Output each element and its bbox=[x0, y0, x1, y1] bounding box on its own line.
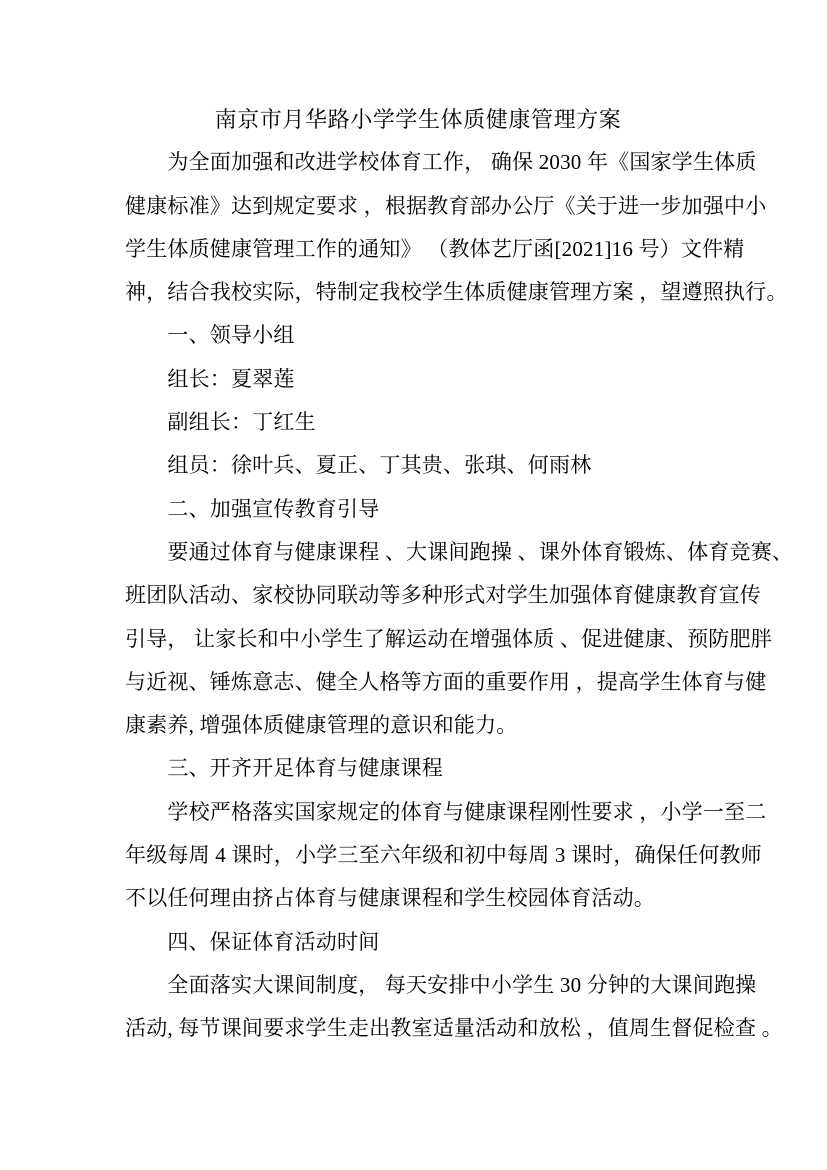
text-line: 活动, 每节课间要求学生走出教室适量活动和放松 ，值周生督促检查 。 bbox=[125, 1007, 711, 1050]
document-page: 南京市月华路小学学生体质健康管理方案 为全面加强和改进学校体育工作， 确保 20… bbox=[0, 0, 827, 1170]
document-body: 为全面加强和改进学校体育工作， 确保 2030 年《国家学生体质健康标准》达到规… bbox=[125, 141, 711, 1050]
text-line: 组长：夏翠莲 bbox=[125, 358, 711, 401]
text-line: 学生体质健康管理工作的通知》 （教体艺厅函[2021]16 号）文件精 bbox=[125, 228, 711, 271]
document-content: 南京市月华路小学学生体质健康管理方案 为全面加强和改进学校体育工作， 确保 20… bbox=[125, 98, 711, 1051]
text-line: 一、领导小组 bbox=[125, 314, 711, 357]
text-line: 引导， 让家长和中小学生了解运动在增强体质 、促进健康、预防肥胖 bbox=[125, 618, 711, 661]
text-line: 不以任何理由挤占体育与健康课程和学生校园体育活动。 bbox=[125, 877, 711, 920]
text-line: 健康标准》达到规定要求 ，根据教育部办公厅《关于进一步加强中小 bbox=[125, 185, 711, 228]
text-line: 组员：徐叶兵、夏正、丁其贵、张琪、何雨林 bbox=[125, 444, 711, 487]
text-line: 康素养, 增强体质健康管理的意识和能力。 bbox=[125, 704, 711, 747]
text-line: 与近视、锤炼意志、健全人格等方面的重要作用 ，提高学生体育与健 bbox=[125, 661, 711, 704]
text-line: 二、加强宣传教育引导 bbox=[125, 488, 711, 531]
text-line: 神，结合我校实际，特制定我校学生体质健康管理方案 ，望遵照执行。 bbox=[125, 271, 711, 314]
text-line: 要通过体育与健康课程 、大课间跑操 、课外体育锻炼、体育竞赛、 bbox=[125, 531, 711, 574]
text-line: 学校严格落实国家规定的体育与健康课程刚性要求 ，小学一至二 bbox=[125, 791, 711, 834]
text-line: 全面落实大课间制度， 每天安排中小学生 30 分钟的大课间跑操 bbox=[125, 964, 711, 1007]
text-line: 副组长：丁红生 bbox=[125, 401, 711, 444]
text-line: 年级每周 4 课时，小学三至六年级和初中每周 3 课时，确保任何教师 bbox=[125, 834, 711, 877]
document-title: 南京市月华路小学学生体质健康管理方案 bbox=[125, 98, 711, 141]
text-line: 为全面加强和改进学校体育工作， 确保 2030 年《国家学生体质 bbox=[125, 141, 711, 184]
text-line: 四、保证体育活动时间 bbox=[125, 921, 711, 964]
text-line: 三、开齐开足体育与健康课程 bbox=[125, 747, 711, 790]
text-line: 班团队活动、家校协同联动等多种形式对学生加强体育健康教育宣传 bbox=[125, 574, 711, 617]
